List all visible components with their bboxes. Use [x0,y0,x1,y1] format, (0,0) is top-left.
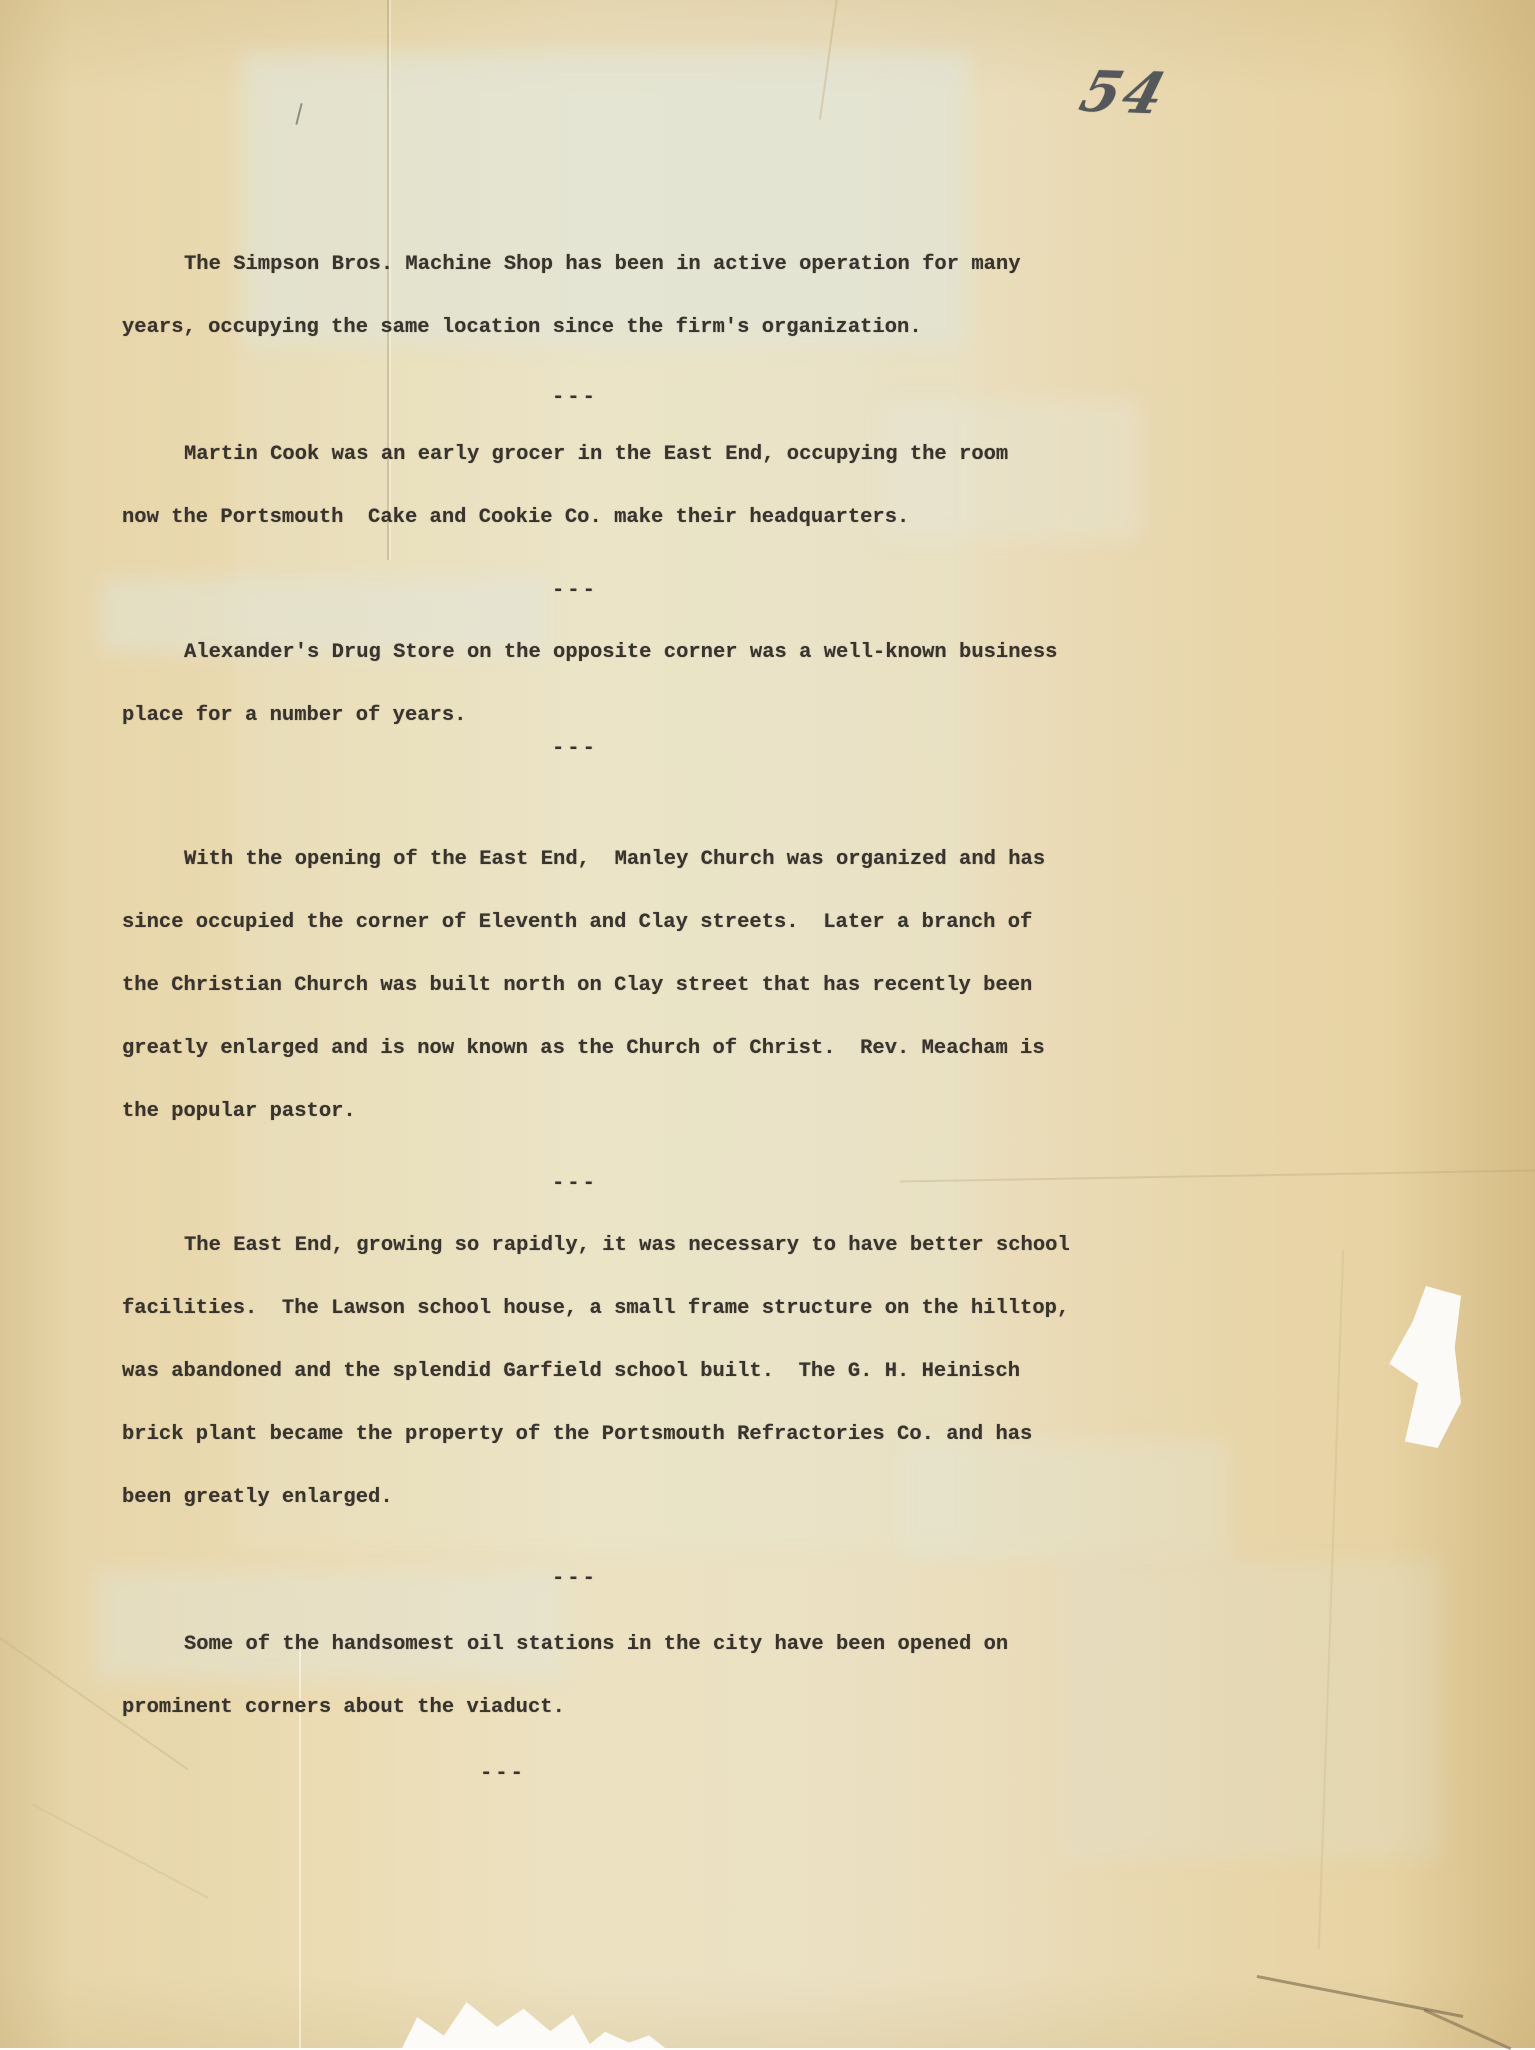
paragraph-martin-cook-grocer: Martin Cook was an early grocer in the E… [122,423,1122,549]
text-line: years, occupying the same location since… [122,296,1122,359]
text-line: With the opening of the East End, Manley… [122,828,1122,891]
text-line: place for a number of years. [122,684,1122,747]
section-divider: --- [552,366,598,429]
text-line: greatly enlarged and is now known as the… [122,1017,1122,1080]
text-line: Martin Cook was an early grocer in the E… [122,423,1122,486]
paragraph-manley-church: With the opening of the East End, Manley… [122,828,1122,1143]
section-divider: --- [480,1742,526,1805]
scanned-document-page: 54 The Simpson Bros. Machine Shop has be… [0,0,1535,2048]
section-divider: --- [552,717,598,780]
paragraph-alexanders-drug-store: Alexander's Drug Store on the opposite c… [122,621,1122,747]
text-line: been greatly enlarged. [122,1466,1122,1529]
text-line: since occupied the corner of Eleventh an… [122,891,1122,954]
text-line: was abandoned and the splendid Garfield … [122,1340,1122,1403]
text-line: brick plant became the property of the P… [122,1403,1122,1466]
paragraph-simpson-machine-shop: The Simpson Bros. Machine Shop has been … [122,233,1122,359]
section-divider: --- [552,1152,598,1215]
text-line: The Simpson Bros. Machine Shop has been … [122,233,1122,296]
text-line: the Christian Church was built north on … [122,954,1122,1017]
paragraph-east-end-schools: The East End, growing so rapidly, it was… [122,1214,1122,1529]
section-divider: --- [552,1547,598,1610]
paragraph-oil-stations: Some of the handsomest oil stations in t… [122,1613,1122,1739]
text-line: Some of the handsomest oil stations in t… [122,1613,1122,1676]
text-line: The East End, growing so rapidly, it was… [122,1214,1122,1277]
text-line: Alexander's Drug Store on the opposite c… [122,621,1122,684]
text-line: the popular pastor. [122,1080,1122,1143]
text-line: facilities. The Lawson school house, a s… [122,1277,1122,1340]
page-content: The Simpson Bros. Machine Shop has been … [0,0,1535,2048]
text-line: prominent corners about the viaduct. [122,1676,1122,1739]
text-line: now the Portsmouth Cake and Cookie Co. m… [122,486,1122,549]
section-divider: --- [552,559,598,622]
